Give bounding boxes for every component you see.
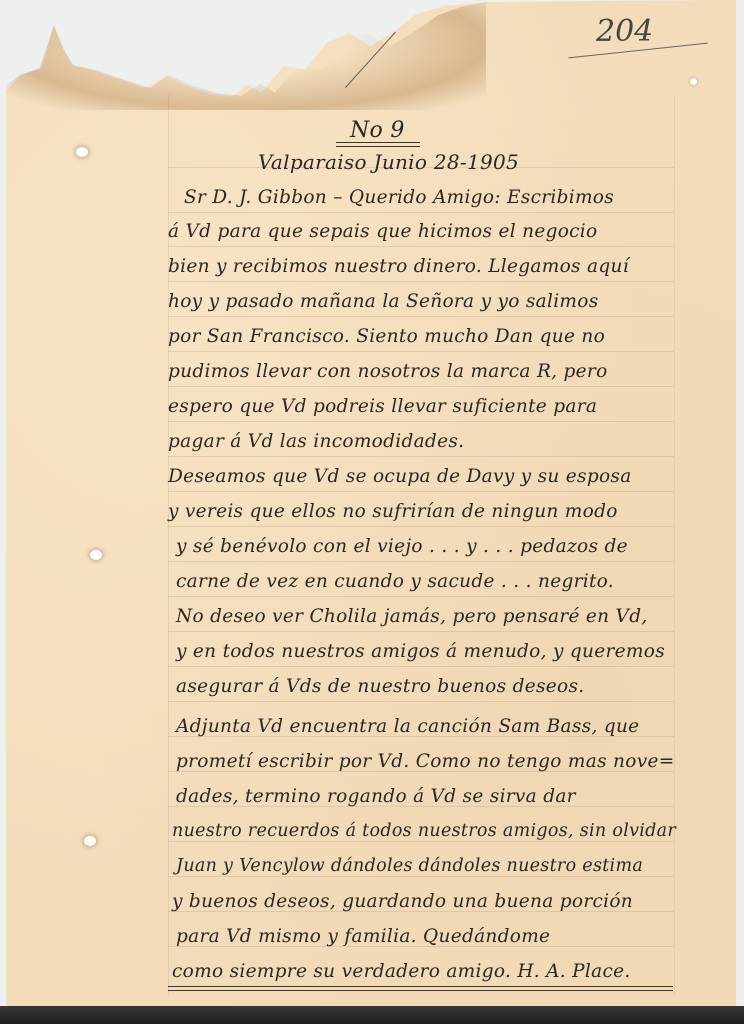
letter-line: y en todos nuestros amigos á menudo, y q… [176,641,665,662]
ruled-line [168,701,674,702]
letter-line: bien y recibimos nuestro dinero. Llegamo… [168,256,629,277]
letter-line: pudimos llevar con nosotros la marca R, … [168,361,608,382]
letter-line: asegurar á Vds de nuestro buenos deseos. [176,676,584,697]
letter-line: y vereis que ellos no sufrirían de ningu… [168,501,618,522]
letter-line: Adjunta Vd encuentra la canción Sam Bass… [176,716,639,737]
letter-line: Deseamos que Vd se ocupa de Davy y su es… [168,466,632,487]
ruled-line [168,631,674,632]
ruled-line [168,491,674,492]
ruled-line [168,421,674,422]
ruled-line [168,666,674,667]
letter-line: para Vd mismo y familia. Quedándome [176,926,550,947]
ruled-line [168,386,674,387]
letter-line: y sé benévolo con el viejo . . . y . . .… [176,536,628,557]
ruled-line [168,596,674,597]
punch-hole [84,836,96,846]
folio-number: 204 [596,14,653,49]
signature-underline [168,986,673,991]
ruled-line [168,351,674,352]
ruled-line [168,526,674,527]
letter-line: nuestro recuerdos á todos nuestros amigo… [172,821,676,841]
letter-line: pagar á Vd las incomodidades. [168,431,464,452]
scanner-bottom-edge [0,1006,744,1024]
letter-line: á Vd para que sepais que hicimos el nego… [168,221,597,242]
letter-line: carne de vez en cuando y sacude . . . ne… [176,571,614,592]
ruled-line [168,841,674,842]
punch-hole [690,78,697,85]
place-date: Valparaiso Junio 28-1905 [258,150,519,174]
ruled-line [168,281,674,282]
letter-line: por San Francisco. Siento mucho Dan que … [168,326,605,347]
letter-line: Juan y Vencylow dándoles dándoles nuestr… [176,856,643,876]
letter-line: espero que Vd podreis llevar suficiente … [168,396,597,417]
letter-line: dades, termino rogando á Vd se sirva dar [176,786,576,807]
letter-line: hoy y pasado mañana la Señora y yo salim… [168,291,599,312]
letter-number: No 9 [350,118,405,143]
ruled-line [168,561,674,562]
ruled-line [168,876,674,877]
ruled-line [168,212,674,213]
right-margin-rule [674,95,675,995]
letter-number-underline [336,142,420,147]
punch-hole [76,147,88,157]
letter-line-signature: como siempre su verdadero amigo. H. A. P… [172,961,631,982]
letter-line: No deseo ver Cholila jamás, pero pensaré… [176,606,648,627]
ruled-line [168,316,674,317]
ruled-line [168,456,674,457]
letter-line: Sr D. J. Gibbon – Querido Amigo: Escribi… [184,187,614,208]
punch-hole [90,550,102,560]
letter-line: y buenos deseos, guardando una buena por… [172,891,633,912]
letter-line: prometí escribir por Vd. Como no tengo m… [176,751,675,772]
ruled-line [168,246,674,247]
